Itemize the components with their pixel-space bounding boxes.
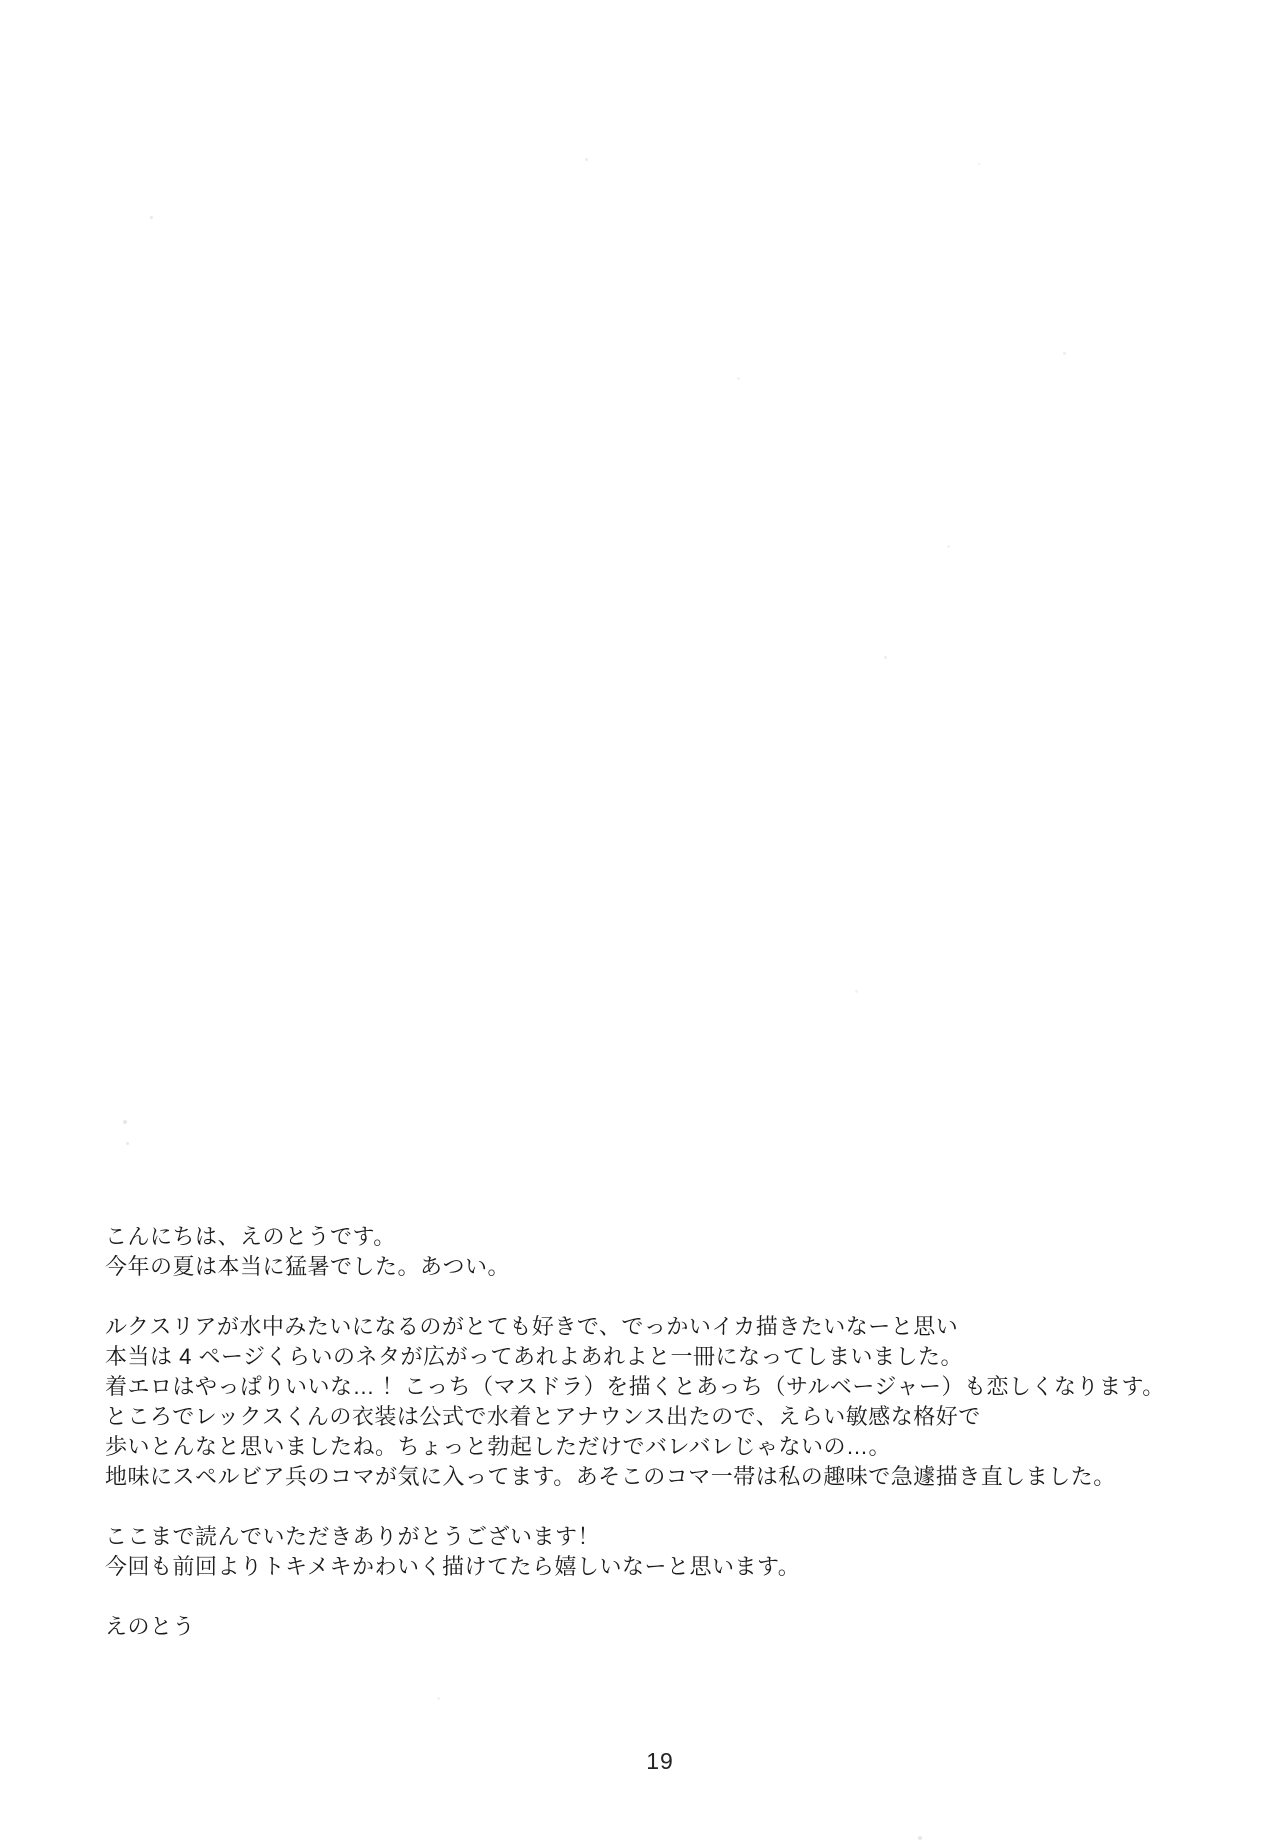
scan-speck [126, 1142, 129, 1145]
scanned-doujinshi-afterword-page: こんにちは、えのとうです。今年の夏は本当に猛暑でした。あつい。ルクスリアが水中み… [0, 0, 1280, 1846]
afterword-paragraph: ルクスリアが水中みたいになるのがとても好きで、でっかいイカ描きたいなーと思い本当… [105, 1312, 1185, 1492]
text-line: こんにちは、えのとうです。 [105, 1222, 1185, 1252]
scan-speck [737, 377, 740, 380]
text-line: ところでレックスくんの衣装は公式で水着とアナウンス出たので、えらい敏感な格好で [105, 1402, 1185, 1432]
scan-speck [947, 545, 950, 548]
afterword-paragraph: ここまで読んでいただきありがとうございます！今回も前回よりトキメキかわいく描けて… [105, 1522, 1185, 1582]
text-line: 今年の夏は本当に猛暑でした。あつい。 [105, 1252, 1185, 1282]
scan-speck [1063, 352, 1066, 355]
text-line: ルクスリアが水中みたいになるのがとても好きで、でっかいイカ描きたいなーと思い [105, 1312, 1185, 1342]
text-line: えのとう [105, 1612, 1185, 1642]
text-line: ここまで読んでいただきありがとうございます！ [105, 1522, 1185, 1552]
scan-speck [437, 1697, 440, 1700]
author-signature: えのとう [105, 1612, 1185, 1642]
text-line: 着エロはやっぱりいいな… ！こっち（マスドラ）を描くとあっち（サルベージャー）も… [105, 1372, 1185, 1402]
scan-speck [884, 656, 887, 659]
text-line: 地味にスペルビア兵のコマが気に入ってます。あそこのコマ一帯は私の趣味で急遽描き直… [105, 1462, 1185, 1492]
text-line: 今回も前回よりトキメキかわいく描けてたら嬉しいなーと思います。 [105, 1552, 1185, 1582]
scan-speck [585, 158, 588, 161]
text-line: 歩いとんなと思いましたね。ちょっと勃起しただけでバレバレじゃないの…。 [105, 1432, 1185, 1462]
scan-speck [855, 990, 858, 993]
afterword-paragraph: こんにちは、えのとうです。今年の夏は本当に猛暑でした。あつい。 [105, 1222, 1185, 1282]
scan-speck [123, 1120, 127, 1124]
text-line: 本当は 4 ページくらいのネタが広がってあれよあれよと一冊になってしまいました。 [105, 1342, 1185, 1372]
page-number: 19 [20, 1748, 1280, 1775]
scan-speck [918, 1836, 922, 1840]
scan-speck [978, 163, 980, 165]
scan-speck [150, 216, 153, 219]
afterword-text-block: こんにちは、えのとうです。今年の夏は本当に猛暑でした。あつい。ルクスリアが水中み… [105, 1222, 1185, 1642]
